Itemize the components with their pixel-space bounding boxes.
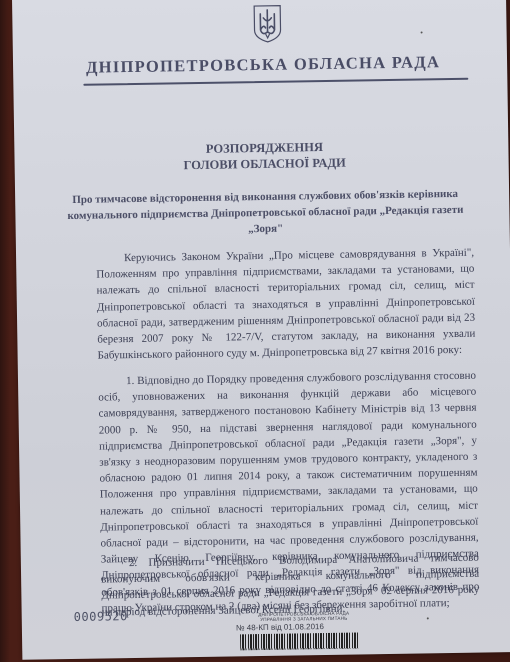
paper-speck xyxy=(427,617,429,619)
header-divider xyxy=(83,78,468,86)
document-subject: Про тимчасове відсторонення від виконанн… xyxy=(55,186,476,241)
paper-speck xyxy=(421,31,423,33)
trident-emblem-icon xyxy=(252,4,283,44)
barcode-icon xyxy=(240,633,358,651)
document-type: РОЗПОРЯДЖЕННЯ ГОЛОВИ ОБЛАСНОЇ РАДИ xyxy=(54,137,474,176)
registration-stamp: ДНІПРОПЕТРОВСЬКА ОБЛАСНА РАДА УПРАВЛІННЯ… xyxy=(234,610,375,650)
registration-reference: № 48-КП від 01.08.2016 xyxy=(234,621,374,632)
item-2-text: 2. Призначити Пісецького Володимира Анат… xyxy=(101,550,480,621)
organization-title: ДНІПРОПЕТРОВСЬКА ОБЛАСНА РАДА xyxy=(73,52,453,78)
item-2-paragraph: 2. Призначити Пісецького Володимира Анат… xyxy=(101,550,480,621)
serial-number: 0009520 xyxy=(74,609,128,624)
preamble-text: Керуючись Законом України „Про місцеве с… xyxy=(96,245,476,364)
preamble-paragraph: Керуючись Законом України „Про місцеве с… xyxy=(96,245,476,364)
document-page: ДНІПРОПЕТРОВСЬКА ОБЛАСНА РАДА РОЗПОРЯДЖЕ… xyxy=(12,0,510,660)
